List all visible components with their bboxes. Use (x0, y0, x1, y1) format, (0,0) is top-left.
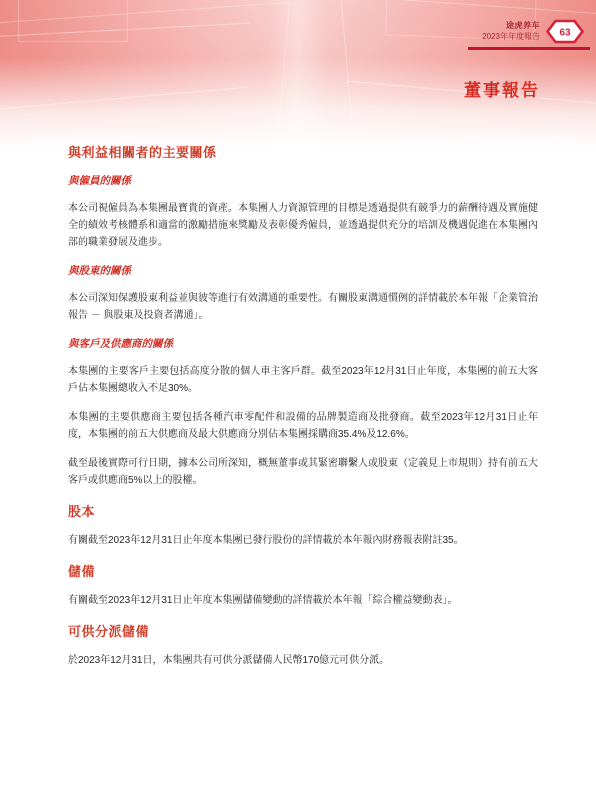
subheading-customers-suppliers: 與客戶及供應商的關係 (68, 336, 538, 351)
paragraph-reserves: 有關截至2023年12月31日止年度本集團儲備變動的詳情載於本年報「綜合權益變動… (68, 592, 538, 609)
paragraph-distributable-reserves: 於2023年12月31日，本集團共有可供分派儲備人民幣170億元可供分派。 (68, 652, 538, 669)
subheading-shareholders: 與股東的關係 (68, 263, 538, 278)
brand-block: 途虎养车 2023年年度報告 63 (482, 19, 584, 44)
paragraph-share-capital: 有關截至2023年12月31日止年度本集團已發行股份的詳情載於本年報內財務報表附… (68, 532, 538, 549)
header-rule (468, 47, 590, 50)
page-title: 董事報告 (464, 76, 540, 101)
header-deco-line (0, 23, 250, 39)
header-deco-line (0, 87, 248, 111)
paragraph-suppliers: 本集團的主要供應商主要包括各種汽車零配件和設備的品牌製造商及批發商。截至2023… (68, 409, 538, 443)
section-heading-distributable-reserves: 可供分派儲備 (68, 621, 538, 640)
paragraph-customers: 本集團的主要客戶主要包括高度分散的個人車主客戶群。截至2023年12月31日止年… (68, 363, 538, 397)
paragraph-interests-disclosure: 截至最後實際可行日期，據本公司所深知，概無董事或其緊密聯繫人或股東（定義見上市規… (68, 455, 538, 489)
report-page: 途虎养车 2023年年度報告 63 董事報告 與利益相關者的主要關係 與僱員的關… (0, 0, 596, 808)
header-deco-line (18, 0, 128, 42)
page-number-badge: 63 (546, 19, 584, 44)
section-heading-share-capital: 股本 (68, 501, 538, 520)
paragraph-shareholders: 本公司深知保護股東利益並與彼等進行有效溝通的重要性。有關股東溝通慣例的詳情載於本… (68, 290, 538, 324)
section-heading-stakeholders: 與利益相關者的主要關係 (68, 142, 538, 161)
page-number: 63 (559, 28, 571, 39)
section-heading-reserves: 儲備 (68, 561, 538, 580)
brand-name: 途虎养车 (482, 21, 540, 32)
paragraph-employees: 本公司視僱員為本集團最寶貴的資產。本集團人力資源管理的目標是透過提供有競爭力的薪… (68, 200, 538, 251)
subheading-employees: 與僱員的關係 (68, 173, 538, 188)
header-deco-line (0, 2, 290, 152)
report-year-label: 2023年年度報告 (482, 32, 540, 43)
document-content: 與利益相關者的主要關係 與僱員的關係 本公司視僱員為本集團最寶貴的資產。本集團人… (68, 142, 538, 681)
brand-text: 途虎养车 2023年年度報告 (482, 21, 540, 43)
